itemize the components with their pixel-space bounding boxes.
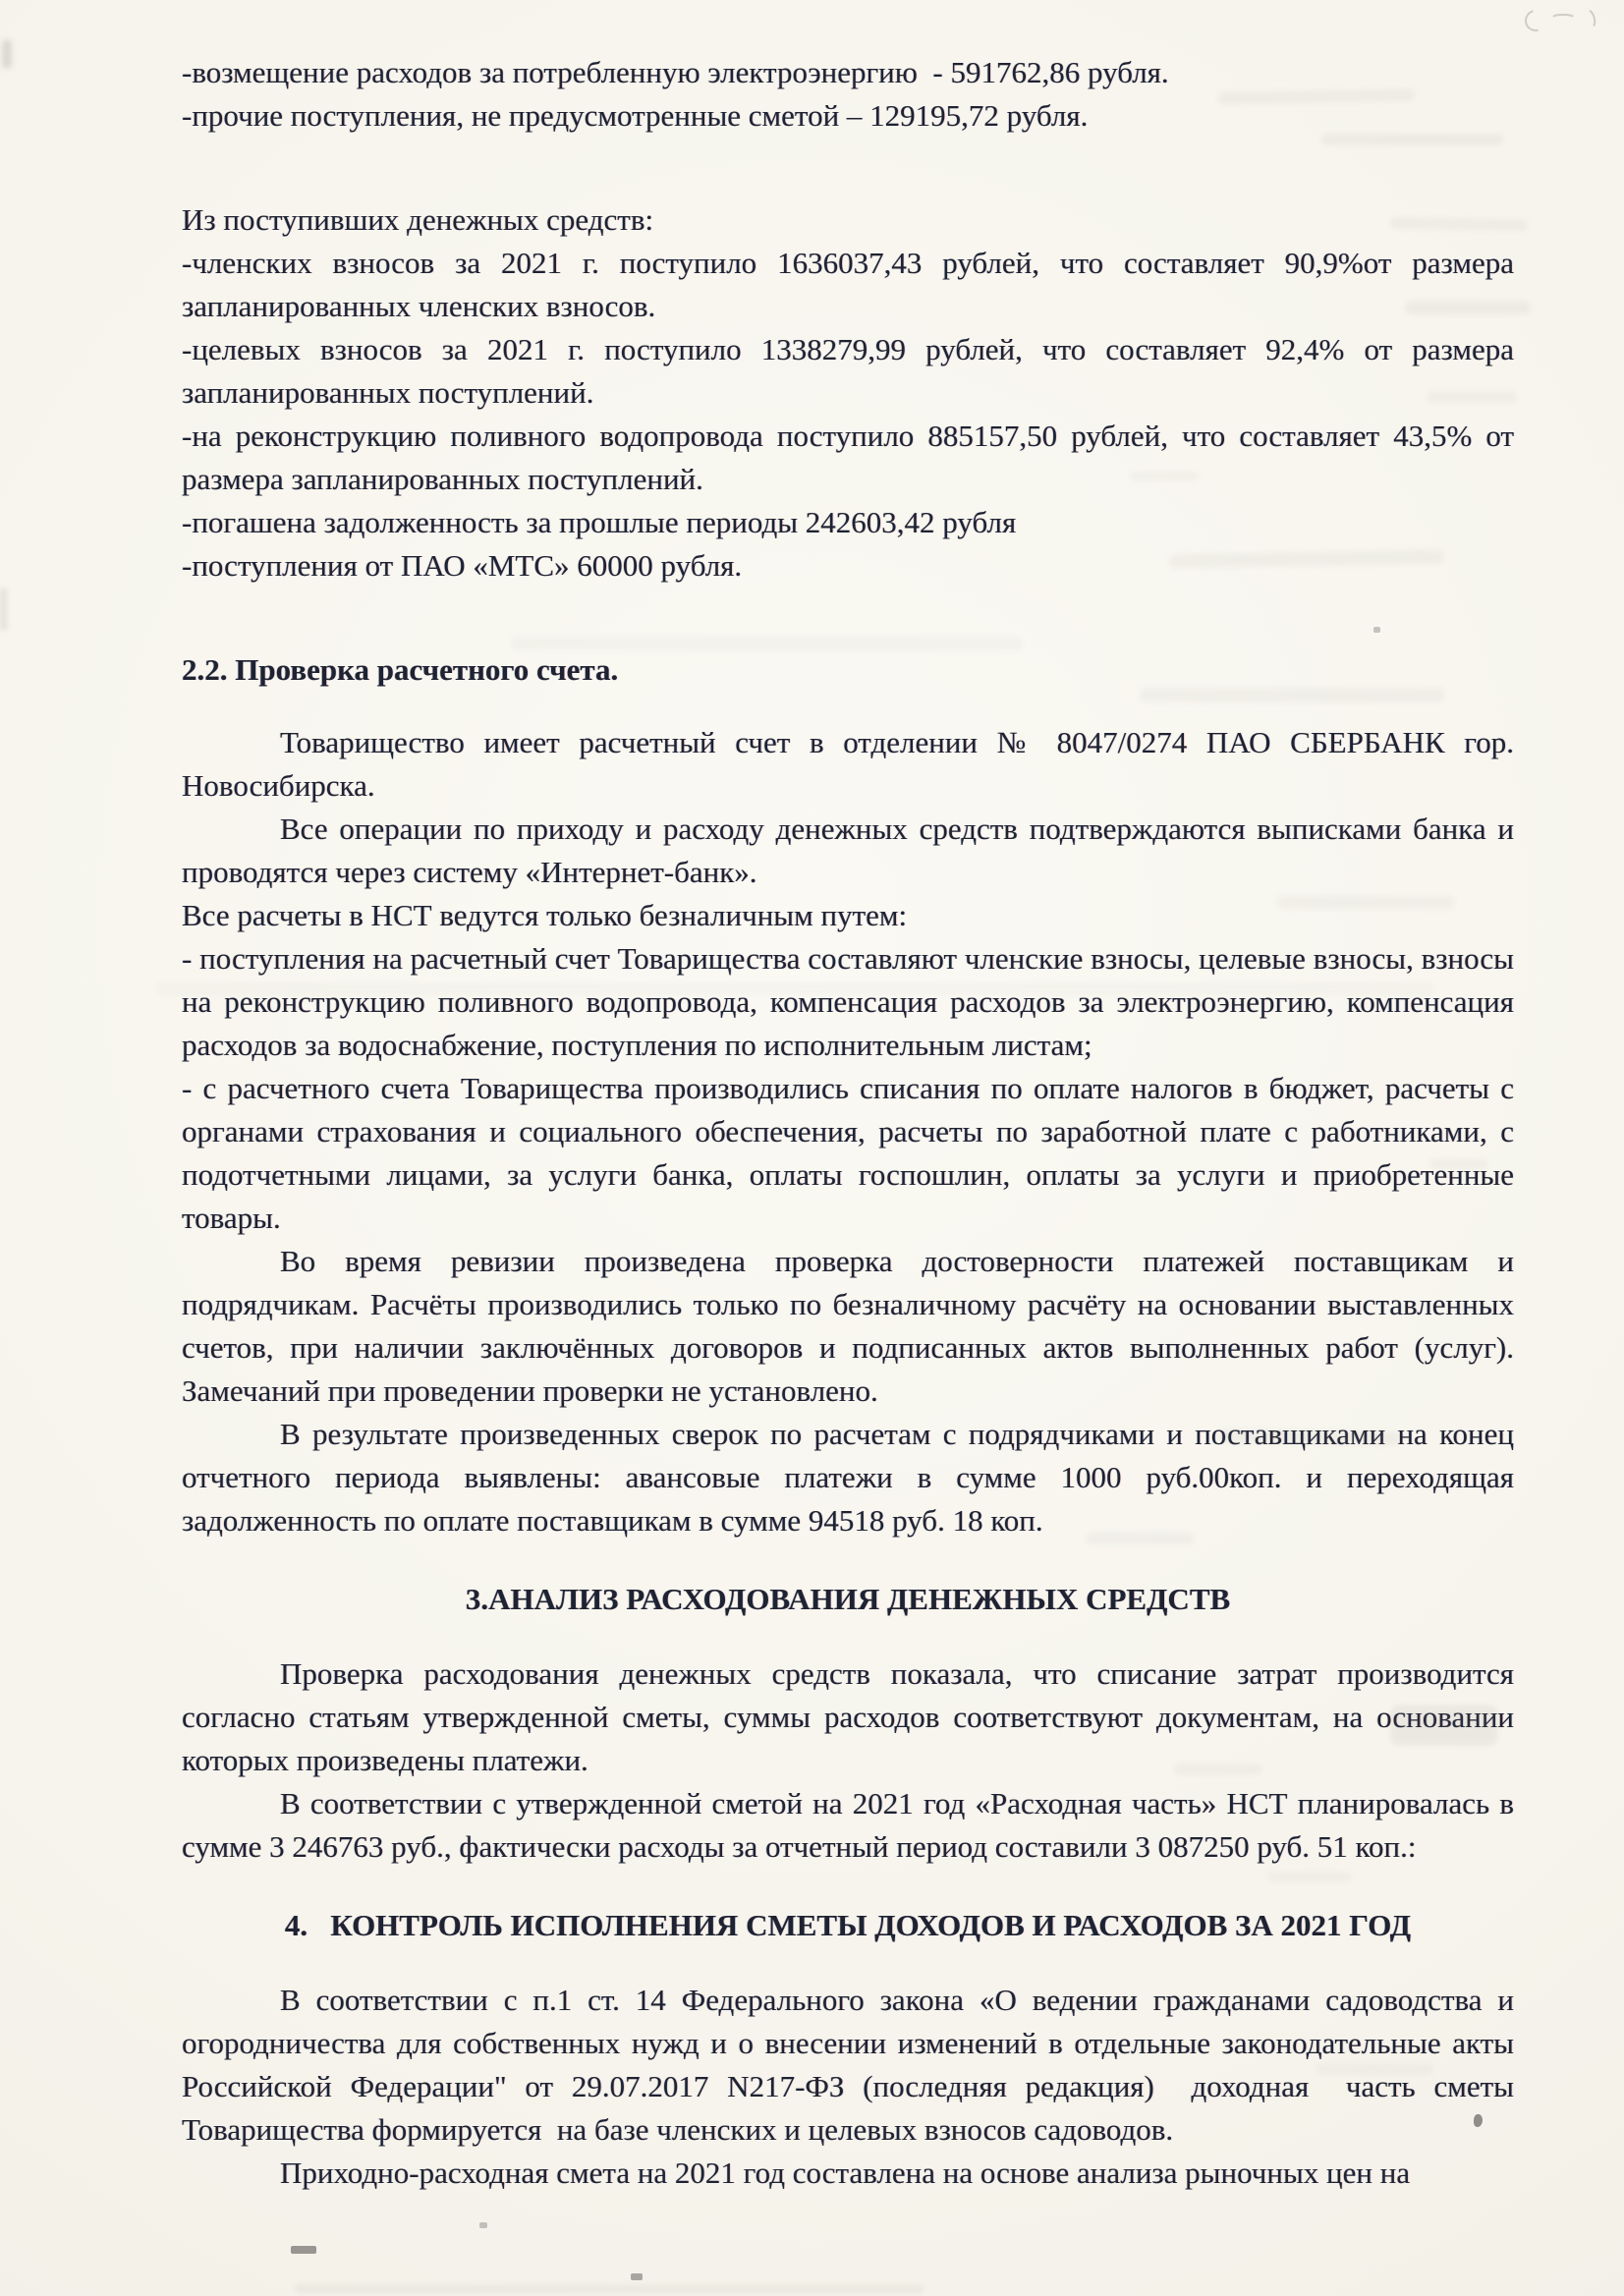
funds-lead: Из поступивших денежных средств: — [182, 198, 1514, 242]
section-2-2-heading: 2.2. Проверка расчетного счета. — [182, 648, 1514, 692]
pencil-mark — [1525, 6, 1603, 35]
intro-line: -возмещение расходов за потребленную эле… — [182, 51, 1514, 94]
paragraph: Все операции по приходу и расходу денежн… — [182, 808, 1514, 894]
scan-speck — [631, 2273, 643, 2280]
paragraph: В результате произведенных сверок по рас… — [182, 1413, 1514, 1542]
funds-item: -на реконструкцию поливного водопровода … — [182, 415, 1514, 501]
paragraph: Приходно-расходная смета на 2021 год сос… — [182, 2152, 1514, 2195]
paragraph: В соответствии с утвержденной сметой на … — [182, 1782, 1514, 1869]
scan-smudge — [295, 2285, 924, 2293]
paragraph: Проверка расходования денежных средств п… — [182, 1652, 1514, 1782]
scan-smudge — [0, 588, 7, 631]
document-text-block: -возмещение расходов за потребленную эле… — [182, 51, 1514, 2195]
funds-item: -членских взносов за 2021 г. поступило 1… — [182, 242, 1514, 328]
funds-item: -целевых взносов за 2021 г. поступило 13… — [182, 328, 1514, 415]
scan-smudge — [2, 39, 12, 69]
paragraph: Товарищество имеет расчетный счет в отде… — [182, 721, 1514, 808]
section-3-heading: 3.АНАЛИЗ РАСХОДОВАНИЯ ДЕНЕЖНЫХ СРЕДСТВ — [182, 1578, 1514, 1621]
document-page: -возмещение расходов за потребленную эле… — [0, 0, 1624, 2296]
paragraph: Во время ревизии произведена проверка до… — [182, 1240, 1514, 1413]
intro-line: -прочие поступления, не предусмотренные … — [182, 94, 1514, 138]
paragraph: - с расчетного счета Товарищества произв… — [182, 1067, 1514, 1240]
scan-speck — [479, 2222, 487, 2228]
scan-speck — [291, 2246, 316, 2254]
paragraph: В соответствии с п.1 ст. 14 Федерального… — [182, 1979, 1514, 2152]
funds-item: -погашена задолженность за прошлые перио… — [182, 501, 1514, 544]
funds-item: -поступления от ПАО «МТС» 60000 рубля. — [182, 544, 1514, 588]
paragraph: - поступления на расчетный счет Товарище… — [182, 937, 1514, 1067]
section-4-heading: 4. КОНТРОЛЬ ИСПОЛНЕНИЯ СМЕТЫ ДОХОДОВ И Р… — [182, 1904, 1514, 1947]
paragraph: Все расчеты в НСТ ведутся только безнали… — [182, 894, 1514, 937]
